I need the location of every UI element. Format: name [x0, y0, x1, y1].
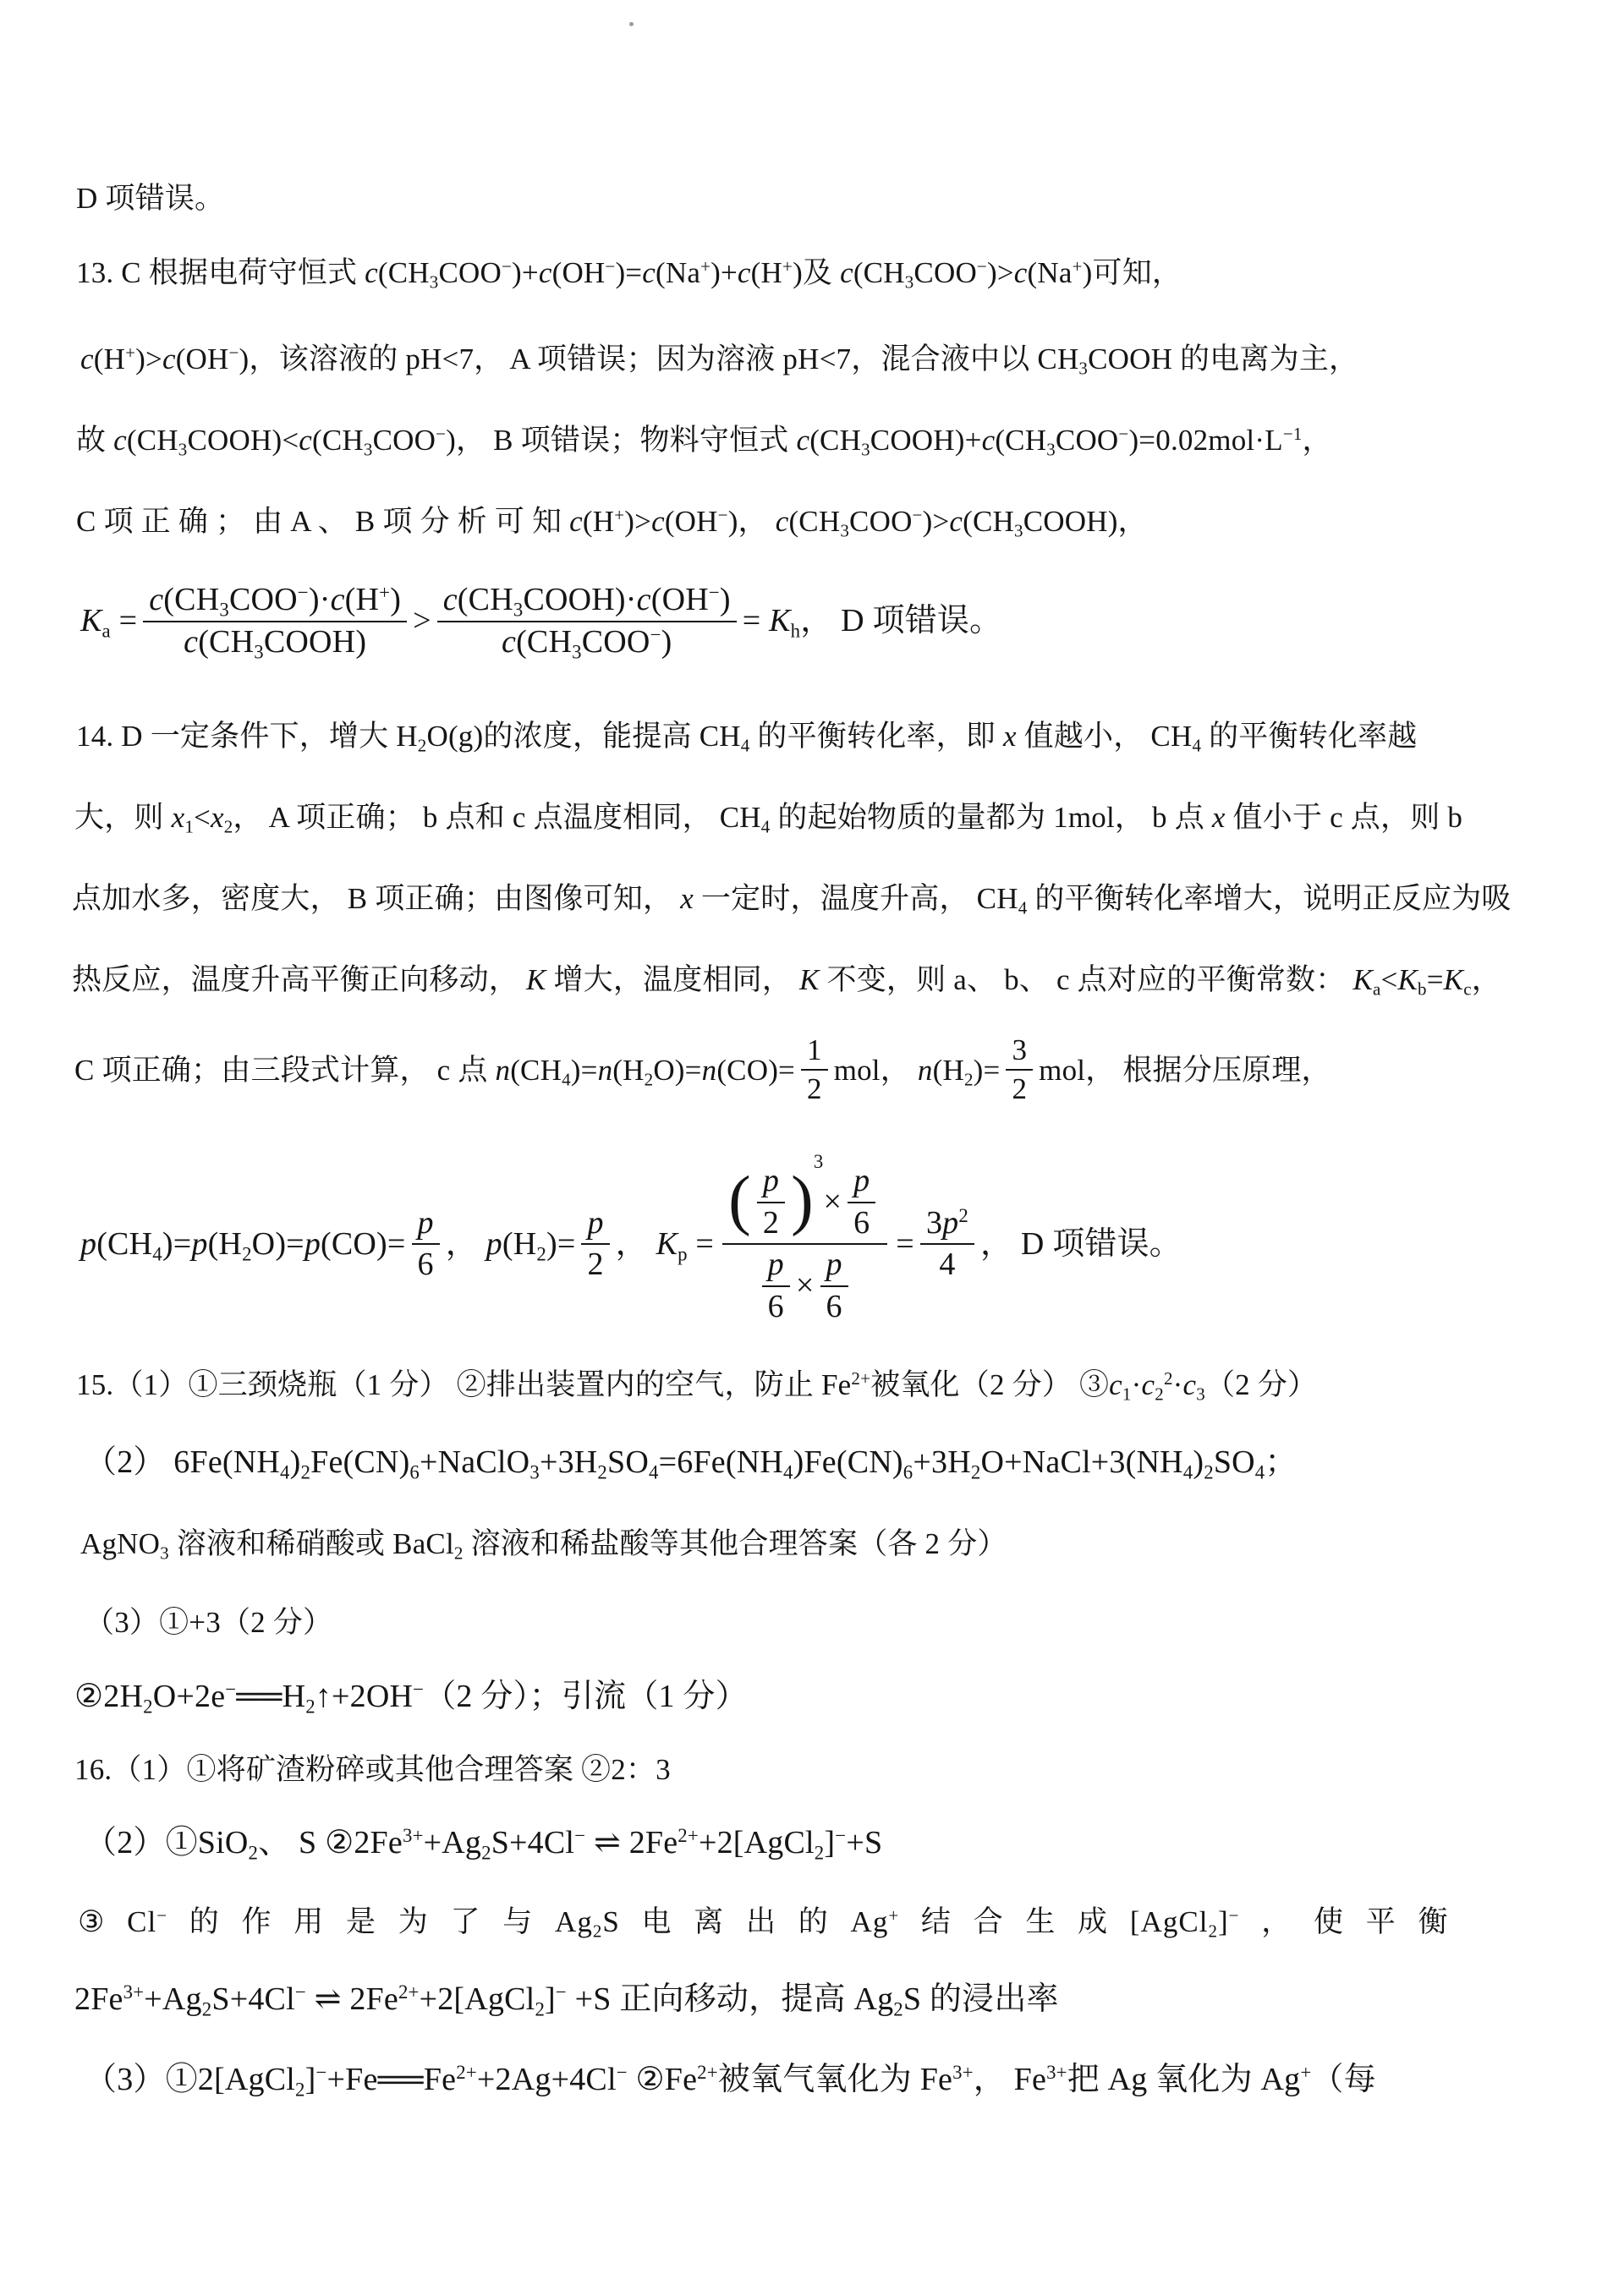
q16-answer-part2-3-role: ③ Cl− 的 作 用 是 为 了 与 Ag2S 电 离 出 的 Ag+ 结 合…: [78, 1903, 1448, 1942]
q16-answer-part3: （3）①2[AgCl2]−+Fe══Fe2++2Ag+4Cl− ②Fe2+被氧气…: [85, 2059, 1376, 2101]
kp-mid-1: ， p(H2)=: [446, 1224, 576, 1265]
kp-big-denominator: p 6 × p 6: [750, 1245, 860, 1325]
ka-lhs: Ka =: [80, 600, 137, 642]
ka-rhs: = Kh， D 项错误。: [743, 600, 1002, 642]
q14-explanation-line-1: 14. D 一定条件下，增大 H2O(g)的浓度，能提高 CH4 的平衡转化率，…: [76, 717, 1418, 756]
q16-answer-part1: 16.（1）①将矿渣粉碎或其他合理答案 ②2：3: [74, 1751, 671, 1789]
q14-explanation-line-3: 点加水多，密度大， B 项正确；由图像可知， x 一定时，温度升高， CH4 的…: [72, 879, 1512, 918]
left-paren: (: [728, 1170, 751, 1231]
mol-fraction-2: 3 2: [1006, 1033, 1033, 1107]
prev-question-conclusion: D 项错误。: [76, 179, 224, 218]
mol-post: mol， 根据分压原理，: [1039, 1051, 1331, 1090]
answer-sheet-page: D 项错误。 13. C 根据电荷守恒式 c(CH3COO−)+c(OH−)=c…: [0, 0, 1624, 2296]
q13-explanation-line-2: c(H+)>c(OH−)，该溶液的 pH<7， A 项错误；因为溶液 pH<7，…: [80, 340, 1358, 379]
q15-answer-part2-equation: （2） 6Fe(NH4)2Fe(CN)6+NaClO3+3H2SO4=6Fe(N…: [85, 1442, 1298, 1483]
mol-pre: C 项正确；由三段式计算， c 点 n(CH4)=n(H2O)=n(CO)=: [74, 1051, 795, 1090]
kp-fraction-p2: p 2: [581, 1205, 609, 1284]
kp-equals: =: [896, 1224, 914, 1265]
right-paren: ): [791, 1170, 814, 1231]
ka-fraction-1: c(CH3COO−)·c(H+) c(CH3COOH): [143, 582, 407, 660]
kp-fraction-p6: p 6: [412, 1205, 440, 1284]
q14-mole-line: C 项正确；由三段式计算， c 点 n(CH4)=n(H2O)=n(CO)= 1…: [74, 1033, 1331, 1107]
kp-big-fraction: ( p 2 ) 3 × p 6 p 6 ×: [722, 1163, 887, 1326]
q13-ka-equation: Ka = c(CH3COO−)·c(H+) c(CH3COOH) > c(CH3…: [80, 582, 1001, 660]
times-sign: ×: [823, 1184, 842, 1221]
q15-answer-part1: 15.（1）①三颈烧瓶（1 分） ②排出装置内的空气，防止 Fe2+被氧化（2 …: [76, 1366, 1317, 1405]
q14-kp-equation: p(CH4)=p(H2O)=p(CO)= p 6 ， p(H2)= p 2 ， …: [80, 1163, 1182, 1326]
q16-answer-part2-3-shift: 2Fe3++Ag2S+4Cl− ⇌ 2Fe2++2[AgCl2]− +S 正向移…: [74, 1979, 1059, 2020]
q15-answer-part3-1: （3）①+3（2 分）: [85, 1603, 332, 1642]
kp-pre: p(CH4)=p(H2O)=p(CO)=: [80, 1224, 406, 1265]
q14-explanation-line-4: 热反应，温度升高平衡正向移动， K 增大，温度相同， K 不变，则 a、 b、 …: [72, 961, 1501, 1000]
ka-compare-sign: >: [413, 600, 431, 642]
kp-tail: ， D 项错误。: [980, 1224, 1182, 1265]
mol-fraction-1: 1 2: [801, 1033, 828, 1107]
kp-big-numerator: ( p 2 ) 3 × p 6: [722, 1163, 887, 1245]
scan-speck-artifact: [629, 22, 634, 26]
kp-result-fraction: 3p2 4: [920, 1205, 974, 1284]
exponent-3: 3: [814, 1151, 824, 1173]
mol-mid: mol， n(H2)=: [834, 1051, 1001, 1090]
ka-fraction-2: c(CH3COOH)·c(OH−) c(CH3COO−): [437, 582, 737, 660]
times-sign: ×: [796, 1268, 815, 1305]
q13-explanation-line-1: 13. C 根据电荷守恒式 c(CH3COO−)+c(OH−)=c(Na+)+c…: [76, 254, 1182, 293]
q13-explanation-line-4: C 项 正 确 ； 由 A 、 B 项 分 析 可 知 c(H+)>c(OH−)…: [76, 502, 1148, 541]
q14-explanation-line-2: 大，则 x1<x2， A 项正确； b 点和 c 点温度相同， CH4 的起始物…: [74, 798, 1462, 837]
q15-answer-part3-2-electrode: ②2H2O+2e−══H2↑+2OH−（2 分）；引流（1 分）: [74, 1676, 748, 1718]
kp-mid-2: ， Kp =: [616, 1224, 714, 1265]
q16-answer-part2-ionic-equation: （2）①SiO2、 S ②2Fe3++Ag2S+4Cl− ⇌ 2Fe2++2[A…: [85, 1822, 882, 1864]
q15-answer-part2-reagents: AgNO3 溶液和稀硝酸或 BaCl2 溶液和稀盐酸等其他合理答案（各 2 分）: [80, 1525, 1007, 1564]
q13-explanation-line-3: 故 c(CH3COOH)<c(CH3COO−)， B 项错误；物料守恒式 c(C…: [76, 421, 1332, 460]
